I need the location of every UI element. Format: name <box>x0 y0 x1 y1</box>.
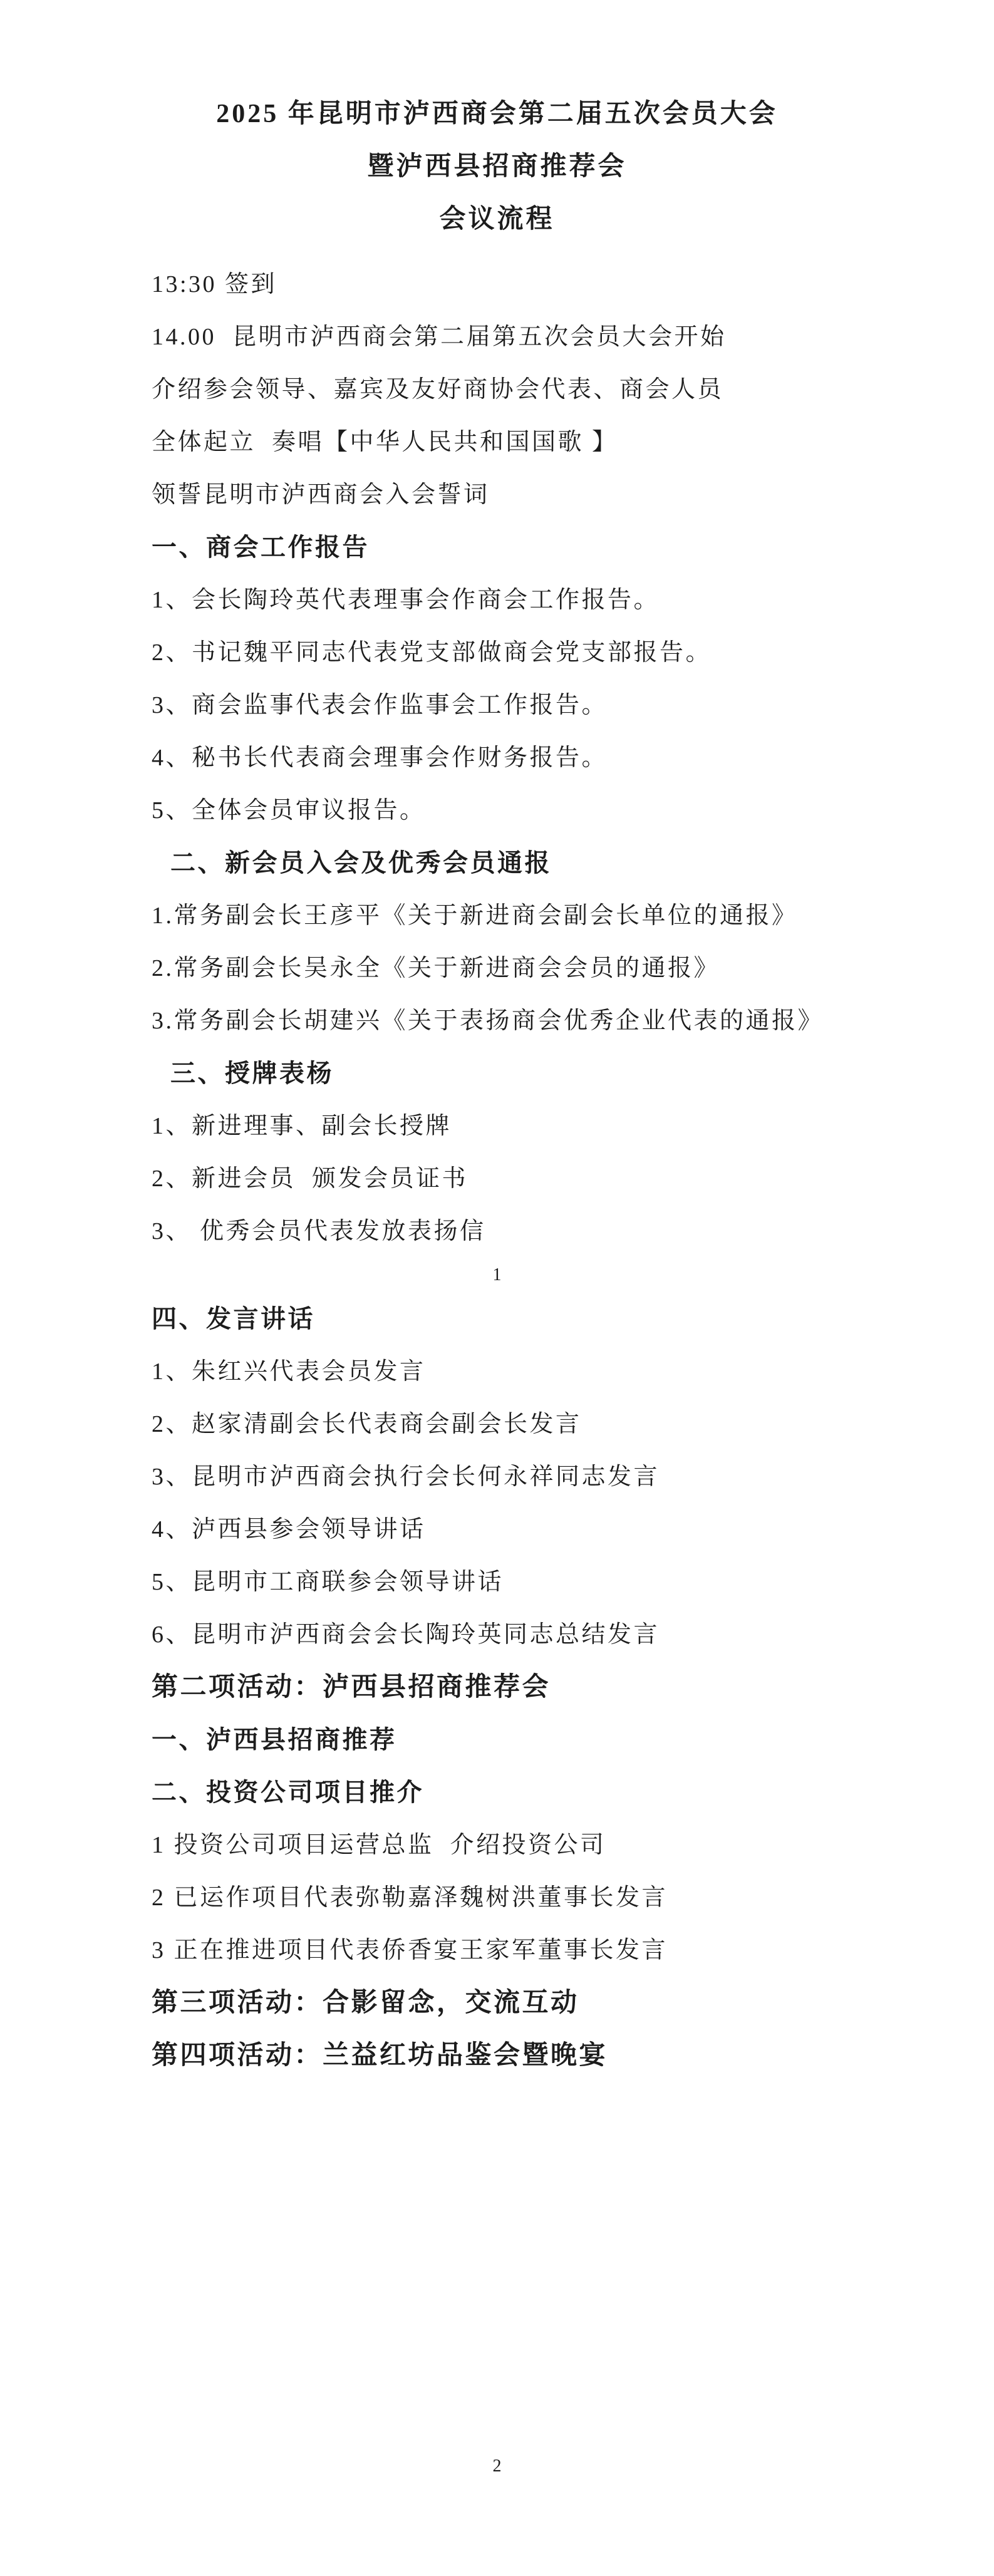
agenda-body: 13:30 签到 14.00 昆明市泸西商会第二届第五次会员大会开始 介绍参会领… <box>0 246 994 2484</box>
activity3-heading: 第三项活动：合影留念，交流互动 <box>0 1977 994 2029</box>
section4-item-6: 6、昆明市泸西商会会长陶玲英同志总结发言 <box>0 1608 994 1661</box>
national-anthem-line: 全体起立 奏唱【中华人民共和国国歌 】 <box>0 416 994 468</box>
section4-item-1: 1、朱红兴代表会员发言 <box>0 1345 994 1398</box>
activity2-sub1-heading: 一、泸西县招商推荐 <box>0 1714 994 1766</box>
introduce-attendees-line: 介绍参会领导、嘉宾及友好商协会代表、商会人员 <box>0 363 994 416</box>
section2-item-2: 2.常务副会长吴永全《关于新进商会会员的通报》 <box>0 942 994 995</box>
section3-item-3: 3、 优秀会员代表发放表扬信 <box>0 1205 994 1258</box>
section4-heading: 四、发言讲话 <box>0 1293 994 1345</box>
activity2-item-3: 3 正在推进项目代表侨香宴王家军董事长发言 <box>0 1924 994 1977</box>
section1-item-1: 1、会长陶玲英代表理事会作商会工作报告。 <box>0 574 994 626</box>
page-number-2: 2 <box>0 2449 994 2484</box>
section1-item-3: 3、商会监事代表会作监事会工作报告。 <box>0 679 994 732</box>
title-line-3: 会议流程 <box>0 193 994 246</box>
section4-item-3: 3、昆明市泸西商会执行会长何永祥同志发言 <box>0 1451 994 1503</box>
activity2-heading: 第二项活动：泸西县招商推荐会 <box>0 1661 994 1714</box>
section1-item-5: 5、全体会员审议报告。 <box>0 784 994 837</box>
page-number-1: 1 <box>0 1258 994 1293</box>
section2-heading: 二、新会员入会及优秀会员通报 <box>0 837 994 889</box>
activity2-item-1: 1 投资公司项目运营总监 介绍投资公司 <box>0 1819 994 1871</box>
section4-item-5: 5、昆明市工商联参会领导讲话 <box>0 1556 994 1608</box>
activity2-sub2-heading: 二、投资公司项目推介 <box>0 1766 994 1819</box>
title-block: 2025 年昆明市泸西商会第二届五次会员大会 暨泸西县招商推荐会 会议流程 <box>0 0 994 246</box>
activity4-heading: 第四项活动：兰益红坊品鉴会暨晚宴 <box>0 2029 994 2082</box>
section3-heading: 三、授牌表杨 <box>0 1047 994 1100</box>
section2-item-3: 3.常务副会长胡建兴《关于表扬商会优秀企业代表的通报》 <box>0 995 994 1047</box>
oath-line: 领誓昆明市泸西商会入会誓词 <box>0 468 994 521</box>
section1-heading: 一、商会工作报告 <box>0 521 994 574</box>
signin-time-line: 13:30 签到 <box>0 258 994 311</box>
title-line-1: 2025 年昆明市泸西商会第二届五次会员大会 <box>0 88 994 140</box>
section3-item-2: 2、新进会员 颁发会员证书 <box>0 1152 994 1205</box>
meeting-start-line: 14.00 昆明市泸西商会第二届第五次会员大会开始 <box>0 311 994 363</box>
section2-item-1: 1.常务副会长王彦平《关于新进商会副会长单位的通报》 <box>0 889 994 942</box>
activity2-item-2: 2 已运作项目代表弥勒嘉泽魏树洪董事长发言 <box>0 1871 994 1924</box>
section4-item-2: 2、赵家清副会长代表商会副会长发言 <box>0 1398 994 1451</box>
section3-item-1: 1、新进理事、副会长授牌 <box>0 1100 994 1152</box>
title-line-2: 暨泸西县招商推荐会 <box>0 140 994 193</box>
document-page: 2025 年昆明市泸西商会第二届五次会员大会 暨泸西县招商推荐会 会议流程 13… <box>0 0 994 2576</box>
section4-item-4: 4、泸西县参会领导讲话 <box>0 1503 994 1556</box>
section1-item-4: 4、秘书长代表商会理事会作财务报告。 <box>0 732 994 784</box>
section1-item-2: 2、书记魏平同志代表党支部做商会党支部报告。 <box>0 626 994 679</box>
